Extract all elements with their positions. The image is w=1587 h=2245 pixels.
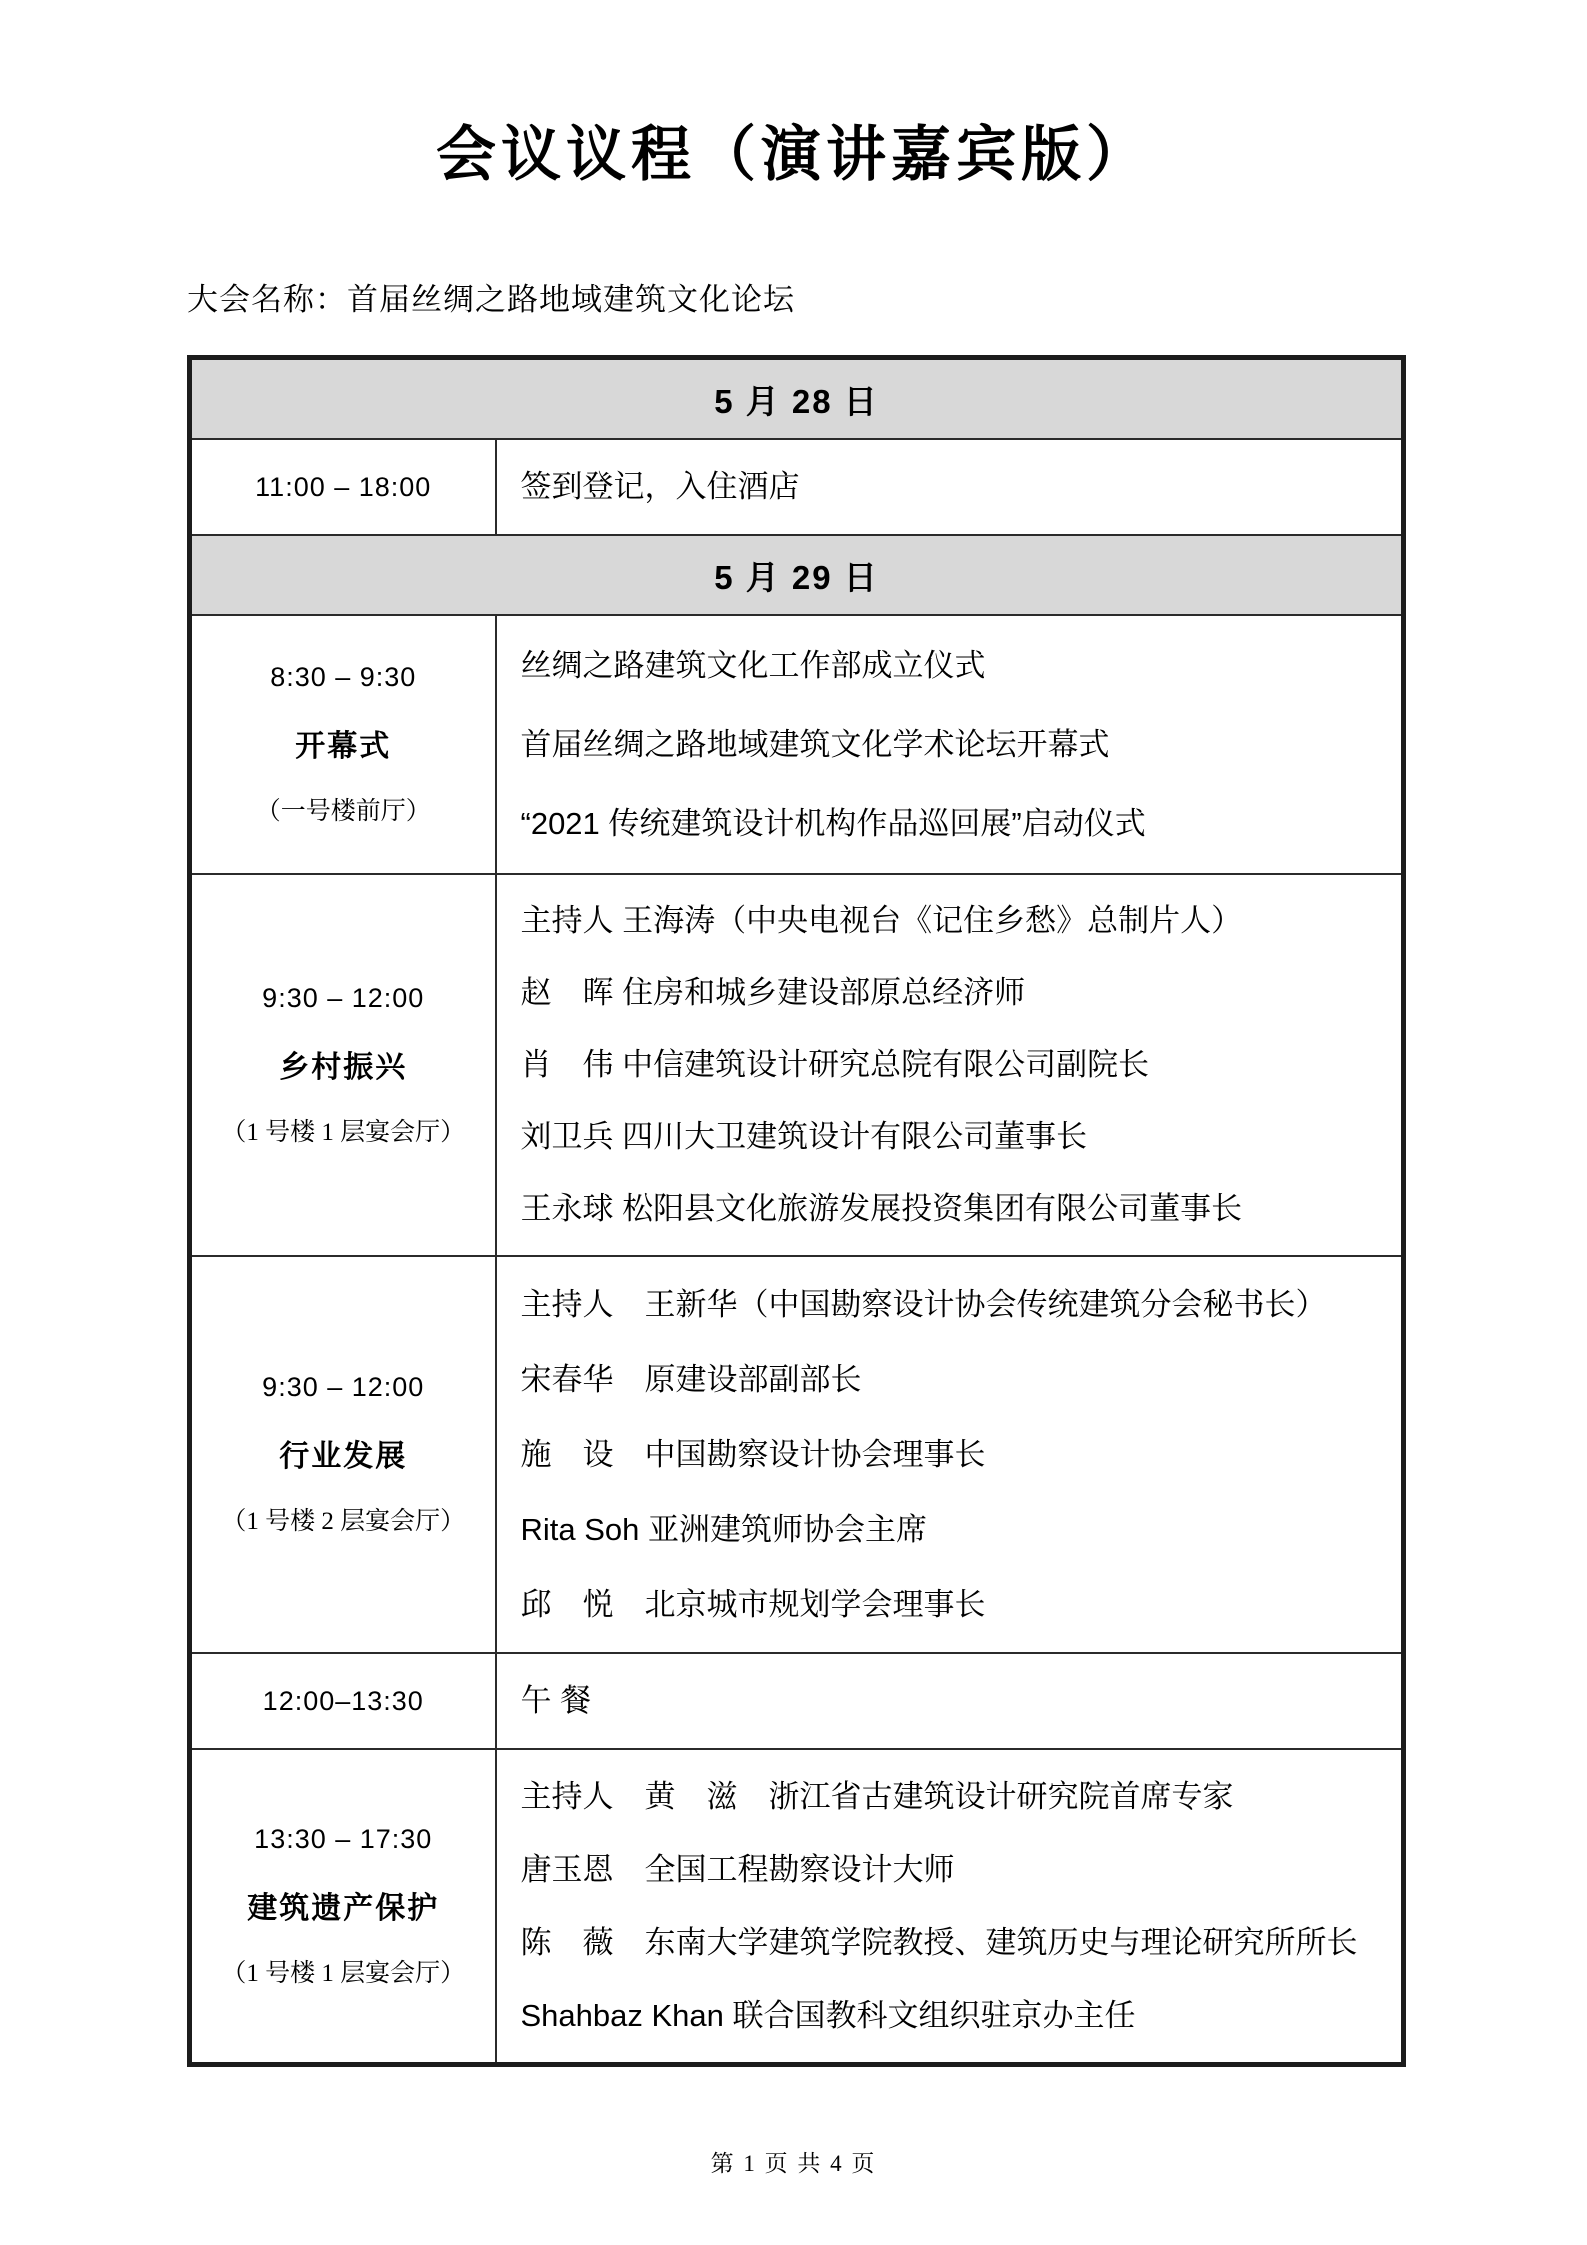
venue-label: （1 号楼 1 层宴会厅） bbox=[198, 1953, 489, 1989]
schedule-row: 9:30 – 12:00 行业发展 （1 号楼 2 层宴会厅） 主持人 王新华（… bbox=[190, 1256, 1404, 1653]
events-cell: 主持人 王新华（中国勘察设计协会传统建筑分会秘书长） 宋春华 原建设部副部长 施… bbox=[496, 1256, 1404, 1653]
time-range: 12:00–13:30 bbox=[198, 1686, 489, 1717]
day-header-label: 5 月 28 日 bbox=[190, 358, 1404, 440]
event-item: 首届丝绸之路地域建筑文化学术论坛开幕式 bbox=[521, 705, 1384, 784]
conference-name-label: 大会名称：首届丝绸之路地域建筑文化论坛 bbox=[187, 274, 1587, 319]
event-item: 刘卫兵 四川大卫建筑设计有限公司董事长 bbox=[521, 1101, 1384, 1173]
schedule-row: 9:30 – 12:00 乡村振兴 （1 号楼 1 层宴会厅） 主持人 王海涛（… bbox=[190, 874, 1404, 1256]
time-cell: 9:30 – 12:00 行业发展 （1 号楼 2 层宴会厅） bbox=[190, 1256, 496, 1653]
time-range: 9:30 – 12:00 bbox=[198, 1372, 489, 1403]
event-item: 宋春华 原建设部副部长 bbox=[521, 1342, 1384, 1417]
time-range: 13:30 – 17:30 bbox=[198, 1824, 489, 1855]
time-range: 8:30 – 9:30 bbox=[198, 662, 489, 693]
time-cell: 9:30 – 12:00 乡村振兴 （1 号楼 1 层宴会厅） bbox=[190, 874, 496, 1256]
event-item: 唐玉恩 全国工程勘察设计大师 bbox=[521, 1833, 1384, 1906]
time-cell: 13:30 – 17:30 建筑遗产保护 （1 号楼 1 层宴会厅） bbox=[190, 1749, 496, 2065]
event-item: 肖 伟 中信建筑设计研究总院有限公司副院长 bbox=[521, 1029, 1384, 1101]
event-item: 主持人 王海涛（中央电视台《记住乡愁》总制片人） bbox=[521, 885, 1384, 957]
page-number: 第 1 页 共 4 页 bbox=[0, 2145, 1587, 2178]
event-item: 签到登记，入住酒店 bbox=[521, 450, 1384, 524]
event-item: “2021 传统建筑设计机构作品巡回展”启动仪式 bbox=[521, 784, 1384, 863]
event-item: 主持人 王新华（中国勘察设计协会传统建筑分会秘书长） bbox=[521, 1267, 1384, 1342]
event-item: 陈 薇 东南大学建筑学院教授、建筑历史与理论研究所所长 bbox=[521, 1906, 1384, 1979]
event-item: 邱 悦 北京城市规划学会理事长 bbox=[521, 1567, 1384, 1642]
time-cell: 8:30 – 9:30 开幕式 （一号楼前厅） bbox=[190, 615, 496, 874]
schedule-row: 12:00–13:30 午 餐 bbox=[190, 1653, 1404, 1749]
session-name: 建筑遗产保护 bbox=[198, 1883, 489, 1927]
day-header-row: 5 月 28 日 bbox=[190, 358, 1404, 440]
session-name: 乡村振兴 bbox=[198, 1042, 489, 1086]
time-range: 11:00 – 18:00 bbox=[198, 472, 489, 503]
event-item: 午 餐 bbox=[521, 1664, 1384, 1738]
day-header-row: 5 月 29 日 bbox=[190, 535, 1404, 615]
events-cell: 签到登记，入住酒店 bbox=[496, 439, 1404, 535]
event-item: Shahbaz Khan 联合国教科文组织驻京办主任 bbox=[521, 1979, 1384, 2052]
day-header-label: 5 月 29 日 bbox=[190, 535, 1404, 615]
page-title: 会议议程（演讲嘉宾版） bbox=[0, 122, 1587, 188]
agenda-table: 5 月 28 日 11:00 – 18:00 签到登记，入住酒店 5 月 29 … bbox=[187, 355, 1406, 2067]
schedule-row: 13:30 – 17:30 建筑遗产保护 （1 号楼 1 层宴会厅） 主持人 黄… bbox=[190, 1749, 1404, 2065]
event-item: Rita Soh 亚洲建筑师协会主席 bbox=[521, 1492, 1384, 1567]
events-cell: 主持人 王海涛（中央电视台《记住乡愁》总制片人） 赵 晖 住房和城乡建设部原总经… bbox=[496, 874, 1404, 1256]
event-item: 王永球 松阳县文化旅游发展投资集团有限公司董事长 bbox=[521, 1173, 1384, 1245]
events-cell: 丝绸之路建筑文化工作部成立仪式 首届丝绸之路地域建筑文化学术论坛开幕式 “202… bbox=[496, 615, 1404, 874]
schedule-row: 11:00 – 18:00 签到登记，入住酒店 bbox=[190, 439, 1404, 535]
session-name: 开幕式 bbox=[198, 721, 489, 765]
event-item: 丝绸之路建筑文化工作部成立仪式 bbox=[521, 626, 1384, 705]
event-item: 赵 晖 住房和城乡建设部原总经济师 bbox=[521, 957, 1384, 1029]
time-range: 9:30 – 12:00 bbox=[198, 983, 489, 1014]
venue-label: （1 号楼 2 层宴会厅） bbox=[198, 1501, 489, 1537]
schedule-row: 8:30 – 9:30 开幕式 （一号楼前厅） 丝绸之路建筑文化工作部成立仪式 … bbox=[190, 615, 1404, 874]
time-cell: 12:00–13:30 bbox=[190, 1653, 496, 1749]
event-item: 主持人 黄 滋 浙江省古建筑设计研究院首席专家 bbox=[521, 1760, 1384, 1833]
events-cell: 午 餐 bbox=[496, 1653, 1404, 1749]
events-cell: 主持人 黄 滋 浙江省古建筑设计研究院首席专家 唐玉恩 全国工程勘察设计大师 陈… bbox=[496, 1749, 1404, 2065]
venue-label: （一号楼前厅） bbox=[198, 791, 489, 827]
venue-label: （1 号楼 1 层宴会厅） bbox=[198, 1112, 489, 1148]
time-cell: 11:00 – 18:00 bbox=[190, 439, 496, 535]
session-name: 行业发展 bbox=[198, 1431, 489, 1475]
event-item: 施 设 中国勘察设计协会理事长 bbox=[521, 1417, 1384, 1492]
